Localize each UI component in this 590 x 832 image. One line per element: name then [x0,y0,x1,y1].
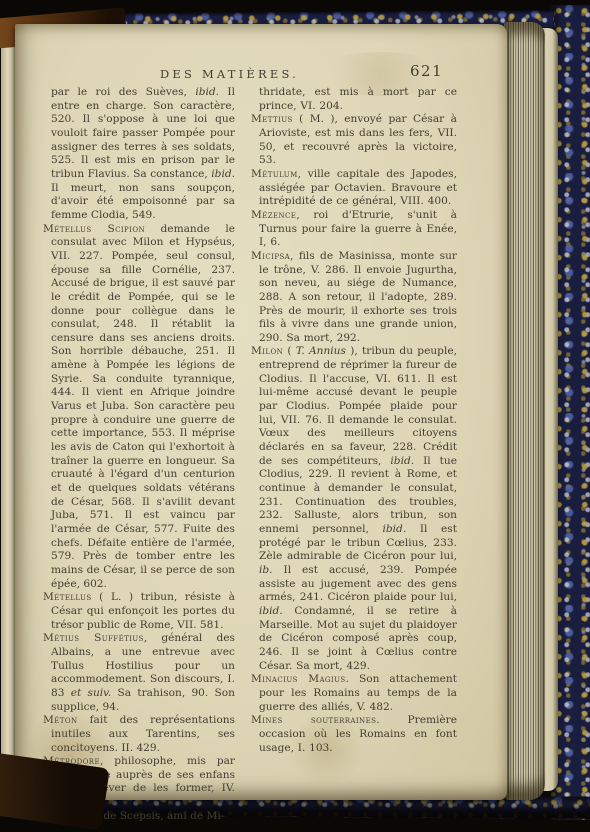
index-column-right: thridate, est mis à mort par ce prince, … [251,86,457,823]
index-entry: Métius Suffétius, général des Albains, a… [43,632,235,714]
page-title: DES MATIÈRES. [160,67,299,81]
index-entry: Mines souterraines. Première occasion où… [251,714,457,755]
entry-text: de Scepsis, ami de Mi- [100,810,224,822]
entry-italic-ref: T. Annius [296,345,346,357]
entry-headword: Mettius [251,113,293,125]
index-column-left: par le roi des Suèves, ibid. Il entre en… [43,86,235,823]
entry-text: thridate, est mis à mort par ce prince, … [259,86,457,112]
entry-headword: Minacius Magius [251,673,346,685]
entry-headword: Mézence [251,209,296,221]
entry-text: Il entre en charge. Son caractère, 520. … [51,86,235,180]
index-entry: Minacius Magius. Son attachement pour le… [251,673,457,714]
entry-headword: Métulum [251,168,298,180]
index-entry: Métellus ( L. ) tribun, résiste à César … [43,591,235,632]
page-number: 621 [410,62,443,80]
book-scan: DES MATIÈRES. 621 par le roi des Suèves,… [0,0,590,832]
entry-headword: Milon [251,345,283,357]
running-head: DES MATIÈRES. 621 [43,64,459,86]
entry-text: ), tribun du peuple, entreprend de répri… [259,345,457,466]
index-entry-continuation: par le roi des Suèves, ibid. Il entre en… [43,86,235,223]
index-entry: Métellus Scipion demande le consulat ave… [43,223,235,592]
index-entry-continuation: thridate, est mis à mort par ce prince, … [251,86,457,113]
entry-italic-ref: ibid. [211,168,235,180]
entry-text: fait des représentations inutiles aux Ta… [51,714,235,753]
entry-text: , fils de Masinissa, monte sur le trône,… [259,250,457,344]
book-page: DES MATIÈRES. 621 par le roi des Suèves,… [15,24,507,800]
index-entry: Mézence, roi d'Etrurie, s'unit à Turnus … [251,209,457,250]
entry-italic-ref: ibid. [390,455,414,467]
index-entry: Métulum, ville capitale des Japodes, ass… [251,168,457,209]
index-entry: Méton fait des représentations inutiles … [43,714,235,755]
entry-headword: Micipsa [251,250,290,262]
entry-text: par le roi des Suèves, [51,86,195,98]
entry-italic-ref: et suiv. [71,687,112,699]
entry-italic-ref: ibid. [382,523,406,535]
entry-headword: Mines souterraines [251,714,376,726]
entry-text: Il meurt, non sans soupçon, d'avoir été … [51,182,235,221]
index-text-block: par le roi des Suèves, ibid. Il entre en… [43,86,459,823]
page-block-fore-edge [504,22,545,800]
index-entry: Micipsa, fils de Masinissa, monte sur le… [251,250,457,346]
entry-text: Il est accusé, 239. Pompée assiste au ju… [259,564,457,603]
index-entry: Mettius ( M. ), envoyé par César à Ariov… [251,113,457,168]
entry-text: ( [283,345,296,357]
entry-italic-ref: ibid. [259,605,283,617]
entry-text: Condamné, il se retire à Marseille. Mot … [259,605,457,672]
entry-headword: Métellus [43,591,92,603]
entry-italic-ref: ib. [259,564,273,576]
entry-text: demande le consulat avec Milon et Hypséu… [51,223,235,590]
entry-italic-ref: ibid. [195,86,219,98]
entry-headword: Méton [43,714,78,726]
entry-headword: Métius Suffétius [43,632,144,644]
index-entry: Milon ( T. Annius ), tribun du peuple, e… [251,345,457,673]
entry-headword: Métellus Scipion [43,223,145,235]
